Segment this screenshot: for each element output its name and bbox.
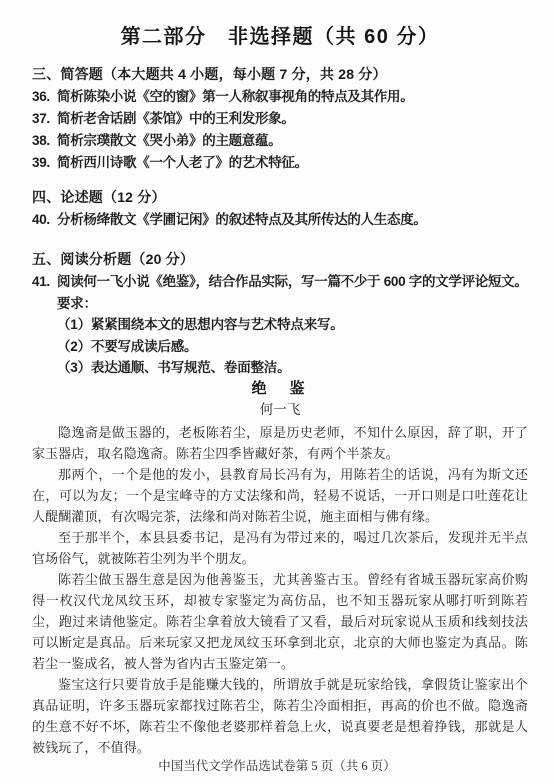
question-36: 36. 简析陈染小说《空的窗》第一人称叙事视角的特点及其作用。 [32, 89, 528, 104]
question-38: 38. 简析宗璞散文《哭小弟》的主题意蕴。 [32, 133, 528, 148]
requirements-label: 要求： [57, 296, 528, 311]
question-text: 分析杨绛散文《学圃记闲》的叙述特点及其所传达的人生态度。 [57, 212, 528, 227]
question-number: 41. [32, 274, 57, 289]
requirement-item-3: （3）表达通顺、书写规范、卷面整洁。 [57, 360, 528, 375]
story-paragraph-3: 至于那半个，本县县委书记，是冯有为带过来的，喝过几次茶后，发现并无半点官场俗气，… [32, 527, 528, 569]
question-text: 简析老舍话剧《茶馆》中的王利发形象。 [57, 111, 528, 126]
question-37: 37. 简析老舍话剧《茶馆》中的王利发形象。 [32, 111, 528, 126]
section-heading-short-answer: 三、简答题（本大题共 4 小题，每小题 7 分，共 28 分） [32, 66, 528, 82]
section-short-answer: 三、简答题（本大题共 4 小题，每小题 7 分，共 28 分） 36. 简析陈染… [32, 66, 528, 170]
story-author: 何一飞 [32, 401, 528, 418]
question-number: 37. [32, 111, 57, 126]
question-text: 简析西川诗歌《一个人老了》的艺术特征。 [57, 155, 528, 170]
question-text: 简析陈染小说《空的窗》第一人称叙事视角的特点及其作用。 [57, 89, 528, 104]
story-body: 隐逸斋是做玉器的，老板陈若尘，原是历史老师，不知什么原因，辞了职，开了家玉器店，… [32, 422, 528, 758]
question-text: 阅读何一飞小说《绝鉴》，结合作品实际，写一篇不少于 600 字的文学评论短文。 [57, 274, 528, 289]
section-reading-analysis: 五、阅读分析题（20 分） 41. 阅读何一飞小说《绝鉴》，结合作品实际，写一篇… [32, 251, 528, 375]
question-39: 39. 简析西川诗歌《一个人老了》的艺术特征。 [32, 155, 528, 170]
story-paragraph-2: 那两个，一个是他的发小，县教育局长冯有为，用陈若尘的话说，冯有为斯文还在，可以为… [32, 464, 528, 527]
question-number: 40. [32, 212, 57, 227]
question-40: 40. 分析杨绛散文《学圃记闲》的叙述特点及其所传达的人生态度。 [32, 212, 528, 227]
story-paragraph-1: 隐逸斋是做玉器的，老板陈若尘，原是历史老师，不知什么原因，辞了职，开了家玉器店，… [32, 422, 528, 464]
requirement-item-2: （2）不要写成读后感。 [57, 339, 528, 354]
story-paragraph-4: 陈若尘做玉器生意是因为他善鉴玉，尤其善鉴古玉。曾经有省城玉器玩家高价购得一枚汉代… [32, 569, 528, 674]
question-number: 38. [32, 133, 57, 148]
section-heading-reading-analysis: 五、阅读分析题（20 分） [32, 251, 528, 267]
question-number: 36. [32, 89, 57, 104]
question-41: 41. 阅读何一飞小说《绝鉴》，结合作品实际，写一篇不少于 600 字的文学评论… [32, 274, 528, 289]
page-footer: 中国当代文学作品选试卷第 5 页（共 6 页） [0, 756, 554, 774]
exam-page: 第二部分 非选择题（共 60 分） 三、简答题（本大题共 4 小题，每小题 7 … [0, 0, 554, 784]
requirement-item-1: （1）紧紧围绕本文的思想内容与艺术特点来写。 [57, 317, 528, 332]
question-number: 39. [32, 155, 57, 170]
story-title: 绝 鉴 [32, 380, 528, 398]
section-heading-essay: 四、论述题（12 分） [32, 189, 528, 205]
section-essay: 四、论述题（12 分） 40. 分析杨绛散文《学圃记闲》的叙述特点及其所传达的人… [32, 189, 528, 227]
question-text: 简析宗璞散文《哭小弟》的主题意蕴。 [57, 133, 528, 148]
page-title: 第二部分 非选择题（共 60 分） [32, 20, 528, 49]
story-paragraph-5: 鉴宝这行只要肯放手是能赚大钱的，所谓放手就是玩家给钱，拿假货让鉴家出个真品证明，… [32, 674, 528, 758]
story: 绝 鉴 何一飞 隐逸斋是做玉器的，老板陈若尘，原是历史老师，不知什么原因，辞了职… [32, 380, 528, 758]
